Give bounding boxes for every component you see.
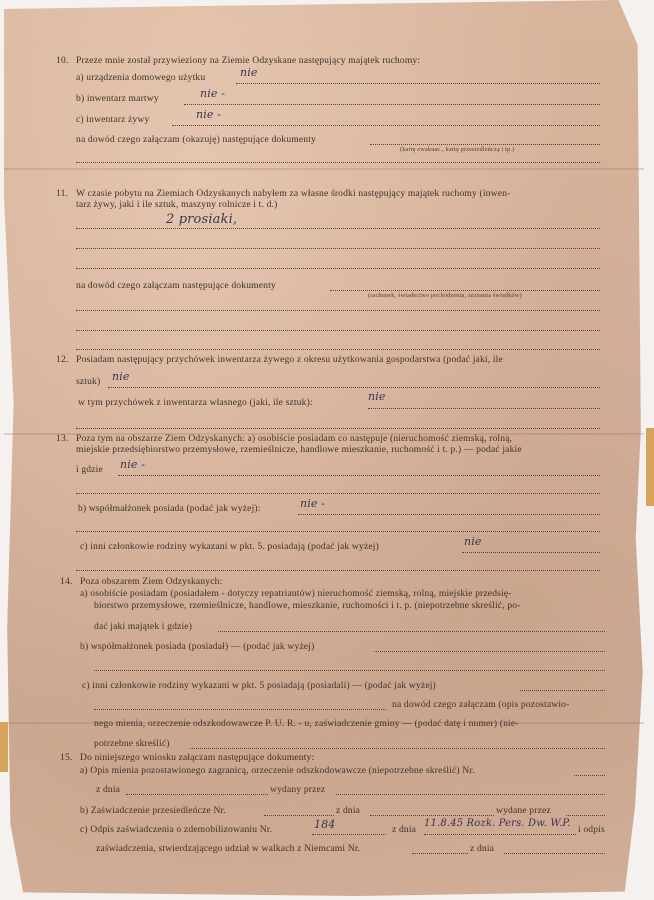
section-14-item-c-line3: nego mienia, orzeczenie odszkodowawcze P…: [94, 718, 519, 730]
handwritten-12-sub: nie: [368, 390, 386, 403]
section-14-item-c-line4: potrzebne skreślić): [94, 738, 170, 750]
handwritten-15c-date: 11.8.45 Rozk. Pers. Dw. W.P.: [424, 818, 571, 829]
handwritten-13a: nie -: [120, 458, 145, 471]
field-11-documents-line2[interactable]: [76, 310, 600, 311]
field-10-documents[interactable]: [370, 144, 600, 145]
field-14c-line2[interactable]: [94, 709, 386, 710]
field-15a-date[interactable]: [126, 794, 268, 795]
field-11-documents-line3[interactable]: [76, 330, 600, 331]
section-10-item-c-label: c) inwentarz żywy: [76, 114, 149, 126]
field-15b-number[interactable]: [264, 815, 334, 816]
section-15-item-a-issued-label: wydany przez: [270, 784, 325, 796]
field-13c[interactable]: [462, 552, 600, 553]
handwritten-10a: nie: [240, 66, 258, 79]
field-15b-date[interactable]: [370, 815, 494, 816]
handwritten-13c: nie: [464, 535, 482, 548]
section-13-item-b: b) współmałżonek posiada (podać jak wyże…: [78, 503, 261, 515]
field-10b[interactable]: [184, 104, 600, 105]
field-11-line3[interactable]: [76, 268, 600, 269]
section-10-documents-hint: (kartę ewakuac., kartę przesiedleńczą i …: [400, 146, 514, 153]
handwritten-11: 2 prosiaki,: [166, 212, 237, 227]
section-15-number: 15.: [60, 752, 72, 763]
section-15-heading: Do niniejszego wniosku załączam następuj…: [80, 752, 314, 764]
section-11-documents-label: na dowód czego załączam następujące doku…: [76, 280, 276, 292]
field-13b-line2[interactable]: [76, 531, 600, 532]
field-15a-issued[interactable]: [336, 794, 605, 795]
section-13-heading-line3: i gdzie: [76, 464, 103, 476]
section-13-number: 13.: [56, 433, 68, 444]
section-15-item-b-date-label: z dnia: [336, 805, 360, 817]
field-14c[interactable]: [520, 690, 605, 691]
section-15-item-c-line2: zaświadczenia, stwierdzającego udział w …: [96, 843, 360, 855]
section-14-item-c-line2: na dowód czego załączam (opis pozostawio…: [392, 699, 569, 711]
section-15-item-c: c) Odpis zaświadczenia o zdemobilizowani…: [80, 824, 272, 836]
section-12-sub-label: w tym przychówek z inwentarza własnego (…: [78, 397, 313, 409]
section-14-item-a-line2: biorstwo przemysłowe, rzemieślnicze, han…: [94, 600, 521, 612]
field-14b[interactable]: [374, 651, 605, 652]
section-15-item-c-line2-date-label: z dnia: [470, 843, 494, 855]
section-10-item-a-label: a) urządzenia domowego użytku: [76, 72, 205, 84]
field-11-line2[interactable]: [76, 248, 600, 249]
field-15c-number[interactable]: [312, 834, 386, 835]
field-15c-date[interactable]: [424, 834, 576, 835]
field-11-line1[interactable]: [76, 228, 600, 229]
field-13a[interactable]: [118, 475, 600, 476]
section-15-item-c-tail: i odpis: [578, 824, 605, 836]
section-13-heading-line2: miejskie przedsiębiorstwo przemysłowe, r…: [76, 444, 522, 456]
section-15-item-b-issued-label: wydane przez: [496, 805, 551, 817]
handwritten-10c: nie -: [196, 108, 221, 121]
section-12-number: 12.: [56, 354, 68, 365]
section-12-heading-line1: Posiadam następujący przychówek inwentar…: [76, 354, 503, 366]
field-13b[interactable]: [298, 514, 600, 515]
section-15-item-a: a) Opis mienia pozostawionego zagranicą,…: [80, 765, 475, 777]
handwritten-13b: nie -: [300, 497, 325, 510]
section-10-number: 10.: [56, 55, 68, 66]
handwritten-15c-number: 184: [314, 818, 335, 831]
section-15-item-c-date-label: z dnia: [392, 824, 416, 836]
field-15b-issued[interactable]: [566, 815, 605, 816]
section-14-item-a-line3: dać jaki majątek i gdzie): [94, 621, 192, 633]
field-13a-line2[interactable]: [76, 493, 600, 494]
section-14-item-a-line1: a) osobiście posiadam (posiadałem - doty…: [80, 588, 512, 600]
field-12-line3[interactable]: [76, 428, 600, 429]
section-15-item-b: b) Zaświadczenie przesiedleńcze Nr.: [80, 805, 226, 817]
field-13c-line2[interactable]: [76, 570, 600, 571]
section-12-heading-line2: sztuk): [76, 376, 100, 388]
section-13-item-c: c) inni członkowie rodziny wykazani w pk…: [80, 541, 379, 553]
section-11-number: 11.: [56, 188, 68, 199]
section-11-heading-line2: tarz żywy, jaki i ile sztuk, maszyny rol…: [76, 199, 277, 211]
field-11-documents[interactable]: [330, 290, 600, 291]
section-14-item-c: c) inni członkowie rodziny wykazani w pk…: [82, 680, 436, 692]
handwritten-10b: nie -: [200, 87, 225, 100]
field-15c-line2-date[interactable]: [504, 853, 605, 854]
field-15a-number[interactable]: [574, 775, 605, 776]
field-10a[interactable]: [236, 83, 600, 84]
form-content: 10. Przeze mnie został przywieziony na Z…: [0, 0, 654, 900]
field-14a[interactable]: [218, 631, 605, 632]
field-11-documents-line4[interactable]: [76, 349, 600, 350]
field-15c-line2-number[interactable]: [412, 853, 468, 854]
section-10-item-b-label: b) inwentarz martwy: [76, 93, 159, 105]
section-14-item-b: b) współmałżonek posiada (posiadał) — (p…: [80, 641, 314, 653]
section-15-item-a-date-label: z dnia: [96, 784, 120, 796]
section-10-documents-label: na dowód czego załączam (okazuję) następ…: [76, 134, 316, 146]
field-14c-line4[interactable]: [190, 748, 605, 749]
field-10-documents-line2[interactable]: [76, 162, 600, 163]
field-12[interactable]: [108, 387, 600, 388]
handwritten-12: nie: [112, 370, 130, 383]
section-14-number: 14.: [60, 576, 72, 587]
section-11-documents-hint: (rachunek, świadectwo pochodzenia, zezna…: [368, 292, 522, 299]
field-10c[interactable]: [172, 125, 600, 126]
field-12-sub[interactable]: [368, 408, 600, 409]
field-14b-line2[interactable]: [94, 670, 605, 671]
section-14-heading: Poza obszarem Ziem Odzyskanych:: [80, 576, 222, 588]
